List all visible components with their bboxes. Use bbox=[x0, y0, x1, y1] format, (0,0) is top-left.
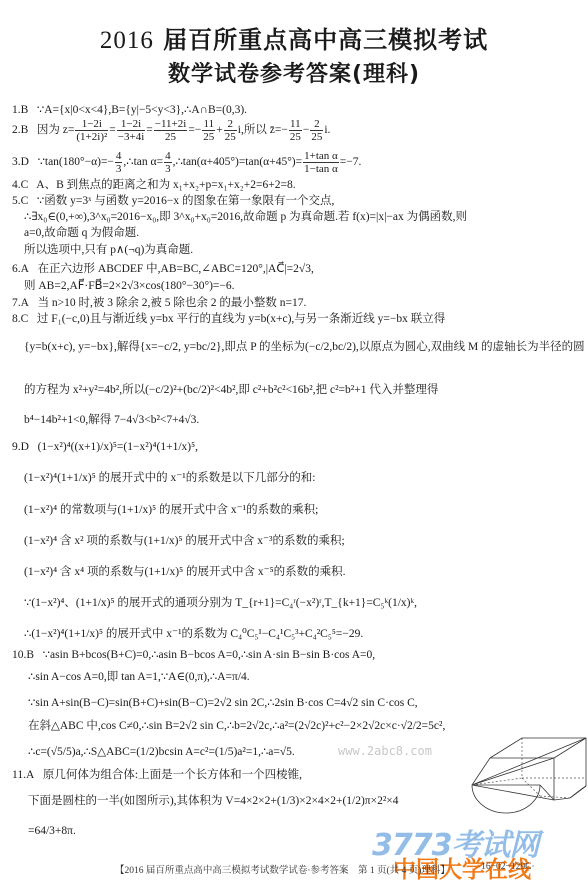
answer-choice: B bbox=[21, 104, 29, 116]
answer-number: 7. bbox=[12, 297, 21, 309]
answer-choice: D bbox=[21, 441, 29, 453]
fraction: 1−2i−3+4i bbox=[117, 118, 145, 143]
fraction: 1125 bbox=[202, 118, 215, 143]
answer-11-line-3: =64/3+8π. bbox=[28, 824, 76, 838]
answer-8-line-1: 8.C 过 F₁(−c,0)且与渐近线 y=bx 平行的直线为 y=b(x+c)… bbox=[12, 312, 445, 326]
answer-10-line-1: 10.B ∵asin B+bcos(B+C)=0,∴asin B−bcos A=… bbox=[12, 648, 375, 662]
answer-text: ∵A={x|0<x<4},B={y|−5<y<3},∴A∩B=(0,3). bbox=[37, 104, 247, 116]
answer-number: 4. bbox=[12, 179, 21, 191]
text-segment: 因为 z= bbox=[37, 124, 74, 136]
answer-choice: C bbox=[21, 195, 29, 207]
answer-10-line-3: ∵sin A+sin(B−C)=sin(B+C)+sin(B−C)=2√2 si… bbox=[28, 696, 418, 710]
answer-number: 9. bbox=[12, 441, 21, 453]
fraction: 225 bbox=[310, 118, 323, 143]
answer-text: A、B 到焦点的距离之和为 x₁+x₂+p=x₁+x₂+2=6+2=8. bbox=[36, 179, 295, 191]
answer-10-line-4: 在斜△ABC 中,cos C≠0,∴sin B=2√2 sin C,∴b=2√2… bbox=[28, 719, 445, 733]
answer-5-line-1: 5.C ∵函数 y=3ˣ 与函数 y=2016−x 的图象在第一象限有一个交点, bbox=[12, 194, 334, 208]
answer-8-line-3: 的方程为 x²+y²=4b²,所以(−c/2)²+(bc/2)²<4b²,即 c… bbox=[24, 383, 438, 397]
answer-6-line-1: 6.A 在正六边形 ABCDEF 中,AB=BC,∠ABC=120°,|AC⃗|… bbox=[12, 262, 314, 276]
answer-9-line-5: (1−x²)⁴ 含 x⁴ 项的系数与(1+1/x)⁵ 的展开式中含 x⁻⁵的系数… bbox=[24, 565, 346, 579]
title-main: 届百所重点高中高三模拟考试 bbox=[163, 26, 488, 54]
answer-text: 当 n>10 时,被 3 除余 2,被 5 除也余 2 的最小整数 n=17. bbox=[38, 297, 307, 309]
answer-number: 6. bbox=[12, 263, 21, 275]
answer-choice: A bbox=[21, 297, 29, 309]
answer-choice: C bbox=[21, 179, 29, 191]
title-year: 2016 bbox=[100, 27, 154, 54]
answer-choice: B bbox=[21, 124, 29, 136]
answer-8-line-2: {y=b(x+c), y=−bx},解得{x=−c/2, y=bc/2},即点 … bbox=[24, 340, 585, 354]
fraction: −11+2i25 bbox=[154, 118, 188, 143]
answer-9-line-6: ∵(1−x²)⁴、(1+1/x)⁵ 的展开式的通项分别为 T_{r+1}=C₄ʳ… bbox=[24, 596, 417, 610]
answer-number: 5. bbox=[12, 195, 21, 207]
answer-1: 1.B ∵A={x|0<x<4},B={y|−5<y<3},∴A∩B=(0,3)… bbox=[12, 103, 247, 117]
fraction: 1+tan α1−tan α bbox=[303, 150, 339, 175]
title-line-1: 2016 届百所重点高中高三模拟考试 bbox=[0, 20, 588, 55]
fraction: 1125 bbox=[289, 118, 302, 143]
footer-code: ·16−02−129C· bbox=[478, 862, 535, 872]
answer-4: 4.C A、B 到焦点的距离之和为 x₁+x₂+p=x₁+x₂+2=6+2=8. bbox=[12, 178, 296, 192]
answer-9-line-7: ∴(1−x²)⁴(1+1/x)⁵ 的展开式中 x⁻¹的系数为 C₄⁰C₅¹−C₄… bbox=[24, 627, 363, 641]
answer-3: 3.D ∵tan(180°−α)=−43,∴tan α=43,∴tan(α+40… bbox=[12, 150, 361, 175]
answer-number: 1. bbox=[12, 104, 21, 116]
answer-10-line-2: ∴sin A−cos A=0,即 tan A=1,∵A∈(0,π),∴A=π/4… bbox=[28, 670, 250, 684]
answer-5-line-2: ∴∃x₀∈(0,+∞),3^x₀=2016−x₀,即 3^x₀+x₀=2016,… bbox=[24, 210, 467, 224]
page-footer: 【2016 届百所重点高中高三模拟考试数学试卷·参考答案 第 1 页(共 4 页… bbox=[115, 862, 450, 876]
answer-2: 2.B 因为 z=1−2i(1+2i)²=1−2i−3+4i=−11+2i25=… bbox=[12, 118, 330, 143]
fraction: 43 bbox=[115, 150, 123, 175]
answer-choice: C bbox=[21, 313, 29, 325]
answer-8-line-4: b⁴−14b²+1<0,解得 7−4√3<b²<7+4√3. bbox=[24, 413, 199, 427]
title-line-2: 数学试卷参考答案(理科) bbox=[0, 57, 588, 88]
answer-9-line-1: 9.D (1−x²)⁴((x+1)/x)⁵=(1−x²)⁴(1+1/x)⁵, bbox=[12, 440, 198, 454]
answer-10-line-5: ∴c=(√5/5)a,∴S△ABC=(1/2)bcsin A=c²=(1/5)a… bbox=[28, 745, 295, 759]
geometry-figure bbox=[470, 728, 588, 833]
fraction: 1−2i(1+2i)² bbox=[75, 118, 108, 143]
answer-choice: D bbox=[21, 156, 29, 168]
answer-choice: B bbox=[26, 649, 34, 661]
answer-9-line-3: (1−x²)⁴ 的常数项与(1+1/x)⁵ 的展开式中含 x⁻¹的系数的乘积; bbox=[24, 503, 318, 517]
answer-choice: A bbox=[26, 769, 34, 781]
answer-6-line-2: 则 AB=2,AF⃗·FB⃗=2×2√3×cos(180°−30°)=−6. bbox=[24, 279, 235, 293]
answer-9-line-2: (1−x²)⁴(1+1/x)⁵ 的展开式中的 x⁻¹的系数是以下几部分的和: bbox=[24, 471, 315, 485]
answer-number: 10. bbox=[12, 649, 26, 661]
answer-number: 3. bbox=[12, 156, 21, 168]
answer-9-line-4: (1−x²)⁴ 含 x² 项的系数与(1+1/x)⁵ 的展开式中含 x⁻³的系数… bbox=[24, 534, 345, 548]
answer-choice: A bbox=[21, 263, 29, 275]
watermark-url: www.2abc8.com bbox=[338, 744, 432, 758]
fraction: 43 bbox=[164, 150, 172, 175]
fraction: 225 bbox=[224, 118, 237, 143]
answer-number: 11. bbox=[12, 769, 26, 781]
answer-11-line-1: 11.A 原几何体为组合体:上面是一个长方体和一个四棱锥, bbox=[12, 768, 302, 782]
answer-number: 2. bbox=[12, 124, 21, 136]
answer-11-line-2: 下面是圆柱的一半(如图所示),其体积为 V=4×2×2+(1/3)×2×4×2+… bbox=[28, 794, 399, 808]
answer-5-line-4: 所以选项中,只有 p∧(¬q)为真命题. bbox=[24, 243, 193, 257]
answer-5-line-3: a=0,故命题 q 为假命题. bbox=[24, 226, 139, 240]
answer-7: 7.A 当 n>10 时,被 3 除余 2,被 5 除也余 2 的最小整数 n=… bbox=[12, 296, 306, 310]
answer-number: 8. bbox=[12, 313, 21, 325]
